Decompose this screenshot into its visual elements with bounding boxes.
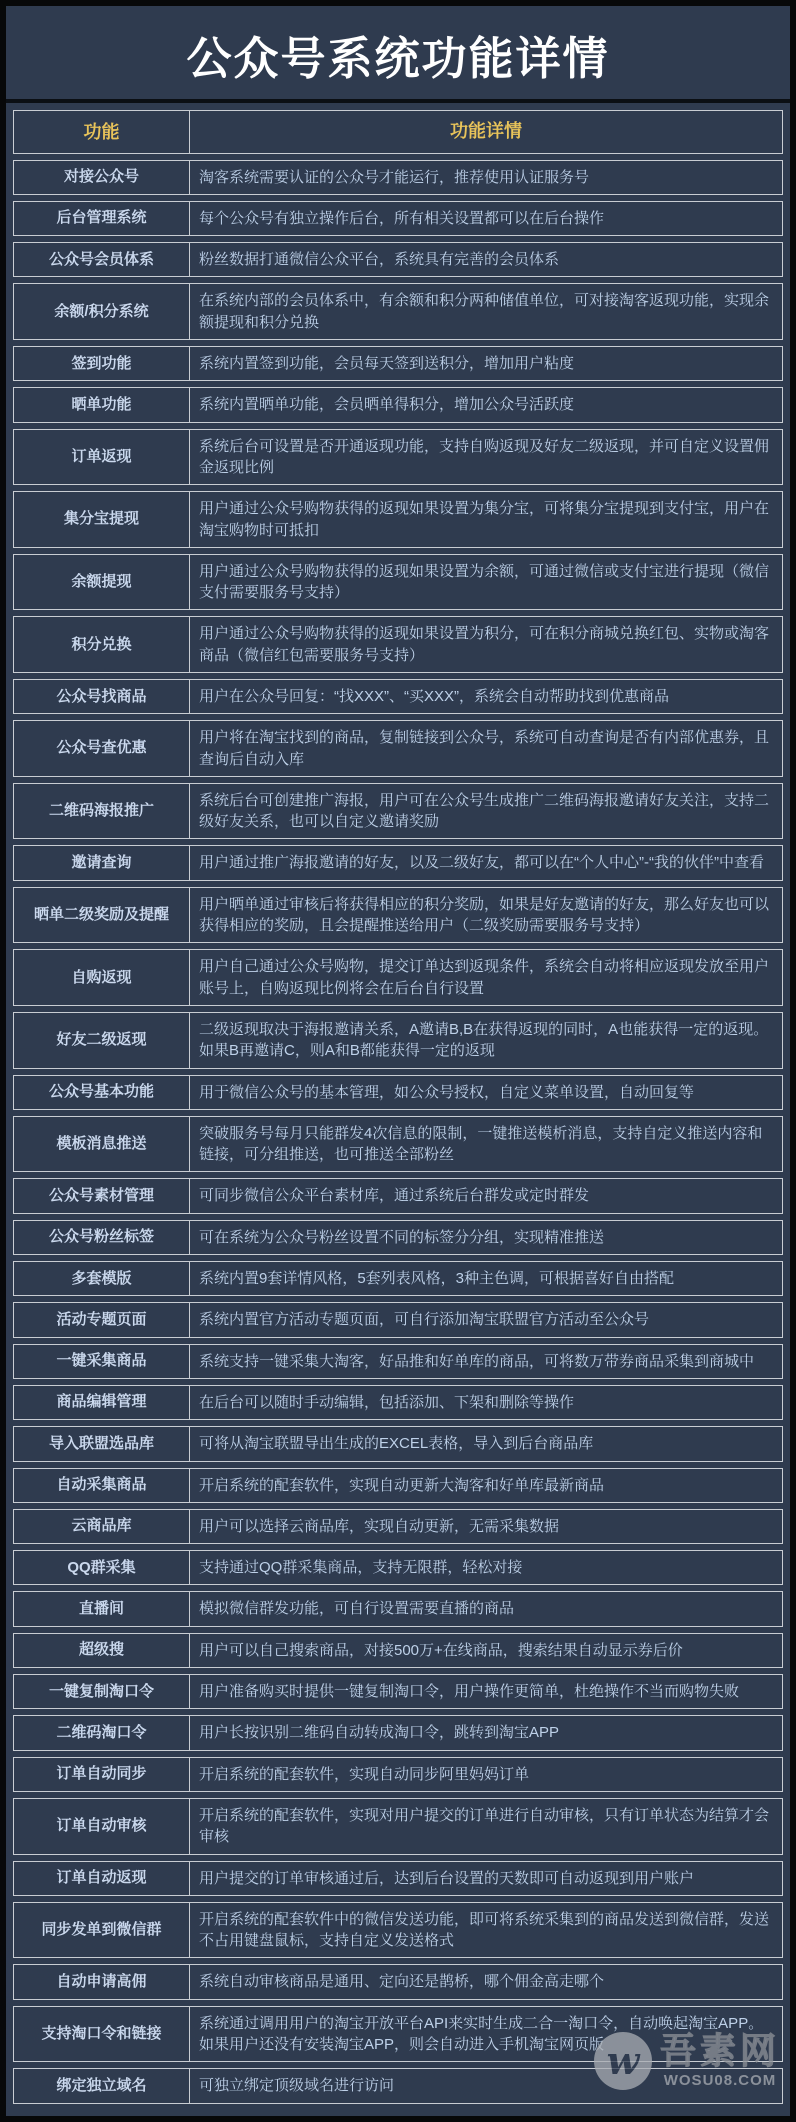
table-row: 晒单功能 系统内置晒单功能，会员晒单得积分，增加公众号活跃度 xyxy=(13,387,783,422)
table-row: 签到功能 系统内置签到功能，会员每天签到送积分，增加用户粘度 xyxy=(13,346,783,381)
feature-name: 二维码淘口令 xyxy=(14,1716,190,1749)
feature-detail: 系统内置9套详情风格，5套列表风格，3种主色调，可根据喜好自由搭配 xyxy=(190,1262,782,1295)
feature-name: 公众号查优惠 xyxy=(14,721,190,776)
table-row: 同步发单到微信群 开启系统的配套软件中的微信发送功能，即可将系统采集到的商品发送… xyxy=(13,1902,783,1959)
page-title: 公众号系统功能详情 xyxy=(6,6,790,103)
table-row: 邀请查询 用户通过推广海报邀请的好友，以及二级好友，都可以在“个人中心”-“我的… xyxy=(13,845,783,880)
feature-name: 二维码海报推广 xyxy=(14,784,190,839)
table-row: 云商品库 用户可以选择云商品库，实现自动更新，无需采集数据 xyxy=(13,1509,783,1544)
feature-name: 晒单功能 xyxy=(14,388,190,421)
feature-detail: 开启系统的配套软件，实现自动更新大淘客和好单库最新商品 xyxy=(190,1469,782,1502)
table-row: 订单自动同步 开启系统的配套软件，实现自动同步阿里妈妈订单 xyxy=(13,1757,783,1792)
feature-detail: 系统后台可创建推广海报，用户可在公众号生成推广二维码海报邀请好友关注，支持二级好… xyxy=(190,784,782,839)
feature-name: 多套模版 xyxy=(14,1262,190,1295)
feature-name: 订单返现 xyxy=(14,430,190,485)
column-header-function: 功能 xyxy=(14,111,190,153)
feature-name: 余额/积分系统 xyxy=(14,284,190,339)
table-row: 对接公众号 淘客系统需要认证的公众号才能运行，推荐使用认证服务号 xyxy=(13,160,783,195)
feature-detail: 用户准备购买时提供一键复制淘口令，用户操作更简单，杜绝操作不当而购物失败 xyxy=(190,1675,782,1708)
table-body: 对接公众号 淘客系统需要认证的公众号才能运行，推荐使用认证服务号 后台管理系统 … xyxy=(13,160,783,2104)
table-row: 公众号粉丝标签 可在系统为公众号粉丝设置不同的标签分分组，实现精准推送 xyxy=(13,1220,783,1255)
feature-name: 签到功能 xyxy=(14,347,190,380)
feature-detail: 开启系统的配套软件，实现对用户提交的订单进行自动审核，只有订单状态为结算才会审核 xyxy=(190,1799,782,1854)
feature-name: 自购返现 xyxy=(14,950,190,1005)
table-row: 公众号找商品 用户在公众号回复：“找XXX”、“买XXX”，系统会自动帮助找到优… xyxy=(13,679,783,714)
features-table: 功能 功能详情 对接公众号 淘客系统需要认证的公众号才能运行，推荐使用认证服务号… xyxy=(6,103,790,2116)
feature-detail: 用户自己通过公众号购物，提交订单达到返现条件，系统会自动将相应返现发放至用户账号… xyxy=(190,950,782,1005)
feature-name: 后台管理系统 xyxy=(14,202,190,235)
feature-name: 集分宝提现 xyxy=(14,492,190,547)
table-row: 模板消息推送 突破服务号每月只能群发4次信息的限制，一键推送模析消息，支持自定义… xyxy=(13,1116,783,1173)
feature-detail: 系统通过调用用户的淘宝开放平台API来实时生成二合一淘口令，自动唤起淘宝APP。… xyxy=(190,2007,782,2062)
table-row: 公众号素材管理 可同步微信公众平台素材库，通过系统后台群发或定时群发 xyxy=(13,1178,783,1213)
feature-detail: 用户可以自己搜索商品，对接500万+在线商品，搜索结果自动显示券后价 xyxy=(190,1634,782,1667)
feature-name: 同步发单到微信群 xyxy=(14,1903,190,1958)
feature-name: 公众号找商品 xyxy=(14,680,190,713)
feature-detail: 在系统内部的会员体系中，有余额和积分两种储值单位，可对接淘客返现功能，实现余额提… xyxy=(190,284,782,339)
feature-name: 自动申请高佣 xyxy=(14,1965,190,1998)
feature-name: 云商品库 xyxy=(14,1510,190,1543)
feature-name: 余额提现 xyxy=(14,555,190,610)
feature-detail: 模拟微信群发功能，可自行设置需要直播的商品 xyxy=(190,1592,782,1625)
table-row: 集分宝提现 用户通过公众号购物获得的返现如果设置为集分宝，可将集分宝提现到支付宝… xyxy=(13,491,783,548)
feature-detail: 淘客系统需要认证的公众号才能运行，推荐使用认证服务号 xyxy=(190,161,782,194)
table-row: 后台管理系统 每个公众号有独立操作后台，所有相关设置都可以在后台操作 xyxy=(13,201,783,236)
column-header-detail: 功能详情 xyxy=(190,111,782,153)
feature-name: 对接公众号 xyxy=(14,161,190,194)
table-row: 订单自动审核 开启系统的配套软件，实现对用户提交的订单进行自动审核，只有订单状态… xyxy=(13,1798,783,1855)
feature-name: 公众号素材管理 xyxy=(14,1179,190,1212)
feature-name: 积分兑换 xyxy=(14,617,190,672)
table-row: 公众号查优惠 用户将在淘宝找到的商品，复制链接到公众号，系统可自动查询是否有内部… xyxy=(13,720,783,777)
feature-name: 商品编辑管理 xyxy=(14,1386,190,1419)
feature-name: 导入联盟选品库 xyxy=(14,1427,190,1460)
table-row: 活动专题页面 系统内置官方活动专题页面，可自行添加淘宝联盟官方活动至公众号 xyxy=(13,1302,783,1337)
feature-name: QQ群采集 xyxy=(14,1551,190,1584)
feature-name: 自动采集商品 xyxy=(14,1469,190,1502)
feature-detail: 可将从淘宝联盟导出生成的EXCEL表格，导入到后台商品库 xyxy=(190,1427,782,1460)
feature-detail: 二级返现取决于海报邀请关系，A邀请B,B在获得返现的同时，A也能获得一定的返现。… xyxy=(190,1013,782,1068)
table-row: 自购返现 用户自己通过公众号购物，提交订单达到返现条件，系统会自动将相应返现发放… xyxy=(13,949,783,1006)
feature-name: 支持淘口令和链接 xyxy=(14,2007,190,2062)
table-row: 好友二级返现 二级返现取决于海报邀请关系，A邀请B,B在获得返现的同时，A也能获… xyxy=(13,1012,783,1069)
table-header-row: 功能 功能详情 xyxy=(13,110,783,154)
table-row: 公众号会员体系 粉丝数据打通微信公众平台，系统具有完善的会员体系 xyxy=(13,242,783,277)
feature-detail: 突破服务号每月只能群发4次信息的限制，一键推送模析消息，支持自定义推送内容和链接… xyxy=(190,1117,782,1172)
feature-detail: 粉丝数据打通微信公众平台，系统具有完善的会员体系 xyxy=(190,243,782,276)
feature-detail: 系统支持一键采集大淘客，好品推和好单库的商品，可将数万带券商品采集到商城中 xyxy=(190,1345,782,1378)
feature-name: 绑定独立域名 xyxy=(14,2069,190,2102)
feature-name: 公众号基本功能 xyxy=(14,1076,190,1109)
feature-name: 订单自动审核 xyxy=(14,1799,190,1854)
feature-detail: 用户通过推广海报邀请的好友，以及二级好友，都可以在“个人中心”-“我的伙伴”中查… xyxy=(190,846,782,879)
feature-name: 好友二级返现 xyxy=(14,1013,190,1068)
table-row: 余额/积分系统 在系统内部的会员体系中，有余额和积分两种储值单位，可对接淘客返现… xyxy=(13,283,783,340)
feature-detail: 用于微信公众号的基本管理，如公众号授权，自定义菜单设置，自动回复等 xyxy=(190,1076,782,1109)
table-row: 二维码海报推广 系统后台可创建推广海报，用户可在公众号生成推广二维码海报邀请好友… xyxy=(13,783,783,840)
table-row: 商品编辑管理 在后台可以随时手动编辑，包括添加、下架和删除等操作 xyxy=(13,1385,783,1420)
feature-detail: 用户将在淘宝找到的商品，复制链接到公众号，系统可自动查询是否有内部优惠券，且查询… xyxy=(190,721,782,776)
feature-detail: 可在系统为公众号粉丝设置不同的标签分分组，实现精准推送 xyxy=(190,1221,782,1254)
feature-detail: 可独立绑定顶级域名进行访问 xyxy=(190,2069,782,2102)
feature-detail: 开启系统的配套软件，实现自动同步阿里妈妈订单 xyxy=(190,1758,782,1791)
feature-detail: 用户通过公众号购物获得的返现如果设置为积分，可在积分商城兑换红包、实物或淘客商品… xyxy=(190,617,782,672)
feature-name: 一键复制淘口令 xyxy=(14,1675,190,1708)
feature-name: 邀请查询 xyxy=(14,846,190,879)
table-row: 订单返现 系统后台可设置是否开通返现功能，支持自购返现及好友二级返现，并可自定义… xyxy=(13,429,783,486)
feature-detail: 系统内置官方活动专题页面，可自行添加淘宝联盟官方活动至公众号 xyxy=(190,1303,782,1336)
feature-detail: 在后台可以随时手动编辑，包括添加、下架和删除等操作 xyxy=(190,1386,782,1419)
feature-name: 活动专题页面 xyxy=(14,1303,190,1336)
feature-detail: 每个公众号有独立操作后台，所有相关设置都可以在后台操作 xyxy=(190,202,782,235)
table-row: 订单自动返现 用户提交的订单审核通过后，达到后台设置的天数即可自动返现到用户账户 xyxy=(13,1861,783,1896)
table-row: 导入联盟选品库 可将从淘宝联盟导出生成的EXCEL表格，导入到后台商品库 xyxy=(13,1426,783,1461)
feature-name: 一键采集商品 xyxy=(14,1345,190,1378)
feature-detail: 支持通过QQ群采集商品，支持无限群，轻松对接 xyxy=(190,1551,782,1584)
feature-detail: 系统内置晒单功能，会员晒单得积分，增加公众号活跃度 xyxy=(190,388,782,421)
feature-detail: 用户在公众号回复：“找XXX”、“买XXX”，系统会自动帮助找到优惠商品 xyxy=(190,680,782,713)
table-row: QQ群采集 支持通过QQ群采集商品，支持无限群，轻松对接 xyxy=(13,1550,783,1585)
table-row: 一键采集商品 系统支持一键采集大淘客，好品推和好单库的商品，可将数万带券商品采集… xyxy=(13,1344,783,1379)
feature-detail: 系统自动审核商品是通用、定向还是鹊桥，哪个佣金高走哪个 xyxy=(190,1965,782,1998)
feature-name: 模板消息推送 xyxy=(14,1117,190,1172)
table-row: 余额提现 用户通过公众号购物获得的返现如果设置为余额，可通过微信或支付宝进行提现… xyxy=(13,554,783,611)
feature-detail: 开启系统的配套软件中的微信发送功能，即可将系统采集到的商品发送到微信群，发送不占… xyxy=(190,1903,782,1958)
table-row: 自动采集商品 开启系统的配套软件，实现自动更新大淘客和好单库最新商品 xyxy=(13,1468,783,1503)
feature-detail: 系统后台可设置是否开通返现功能，支持自购返现及好友二级返现，并可自定义设置佣金返… xyxy=(190,430,782,485)
table-row: 多套模版 系统内置9套详情风格，5套列表风格，3种主色调，可根据喜好自由搭配 xyxy=(13,1261,783,1296)
feature-detail: 用户通过公众号购物获得的返现如果设置为余额，可通过微信或支付宝进行提现（微信支付… xyxy=(190,555,782,610)
feature-name: 订单自动返现 xyxy=(14,1862,190,1895)
table-row: 公众号基本功能 用于微信公众号的基本管理，如公众号授权，自定义菜单设置，自动回复… xyxy=(13,1075,783,1110)
table-row: 绑定独立域名 可独立绑定顶级域名进行访问 xyxy=(13,2068,783,2103)
feature-detail: 用户可以选择云商品库，实现自动更新，无需采集数据 xyxy=(190,1510,782,1543)
table-row: 自动申请高佣 系统自动审核商品是通用、定向还是鹊桥，哪个佣金高走哪个 xyxy=(13,1964,783,1999)
feature-detail: 用户通过公众号购物获得的返现如果设置为集分宝，可将集分宝提现到支付宝，用户在淘宝… xyxy=(190,492,782,547)
table-row: 超级搜 用户可以自己搜索商品，对接500万+在线商品，搜索结果自动显示券后价 xyxy=(13,1633,783,1668)
table-row: 直播间 模拟微信群发功能，可自行设置需要直播的商品 xyxy=(13,1591,783,1626)
feature-name: 订单自动同步 xyxy=(14,1758,190,1791)
feature-name: 公众号粉丝标签 xyxy=(14,1221,190,1254)
table-row: 一键复制淘口令 用户准备购买时提供一键复制淘口令，用户操作更简单，杜绝操作不当而… xyxy=(13,1674,783,1709)
table-row: 支持淘口令和链接 系统通过调用用户的淘宝开放平台API来实时生成二合一淘口令，自… xyxy=(13,2006,783,2063)
feature-name: 晒单二级奖励及提醒 xyxy=(14,888,190,943)
feature-detail: 用户晒单通过审核后将获得相应的积分奖励，如果是好友邀请的好友，那么好友也可以获得… xyxy=(190,888,782,943)
table-row: 积分兑换 用户通过公众号购物获得的返现如果设置为积分，可在积分商城兑换红包、实物… xyxy=(13,616,783,673)
feature-name: 直播间 xyxy=(14,1592,190,1625)
table-row: 二维码淘口令 用户长按识别二维码自动转成淘口令，跳转到淘宝APP xyxy=(13,1715,783,1750)
feature-name: 超级搜 xyxy=(14,1634,190,1667)
feature-detail: 可同步微信公众平台素材库，通过系统后台群发或定时群发 xyxy=(190,1179,782,1212)
feature-detail: 系统内置签到功能，会员每天签到送积分，增加用户粘度 xyxy=(190,347,782,380)
feature-name: 公众号会员体系 xyxy=(14,243,190,276)
table-row: 晒单二级奖励及提醒 用户晒单通过审核后将获得相应的积分奖励，如果是好友邀请的好友… xyxy=(13,887,783,944)
feature-detail: 用户长按识别二维码自动转成淘口令，跳转到淘宝APP xyxy=(190,1716,782,1749)
feature-detail: 用户提交的订单审核通过后，达到后台设置的天数即可自动返现到用户账户 xyxy=(190,1862,782,1895)
feature-poster: 公众号系统功能详情 功能 功能详情 对接公众号 淘客系统需要认证的公众号才能运行… xyxy=(0,0,796,2122)
